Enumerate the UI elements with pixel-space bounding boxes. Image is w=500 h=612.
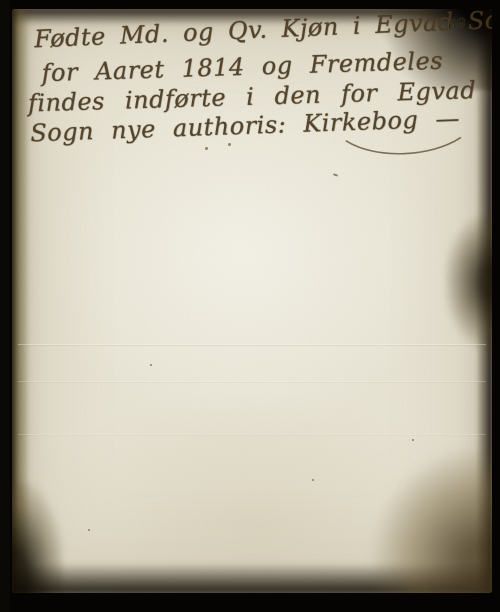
ink-speck [150, 364, 152, 366]
ink-speck [312, 479, 314, 481]
paper-crease [18, 344, 486, 346]
ink-speck [205, 147, 208, 150]
bottom-right-stain [372, 448, 492, 593]
ink-speck [412, 439, 414, 441]
scanned-page-photo: Fødte Md. og Qv. Kjøn i Egvad Sogn for A… [0, 0, 500, 612]
ink-speck [463, 96, 465, 98]
handwritten-entry: Fødte Md. og Qv. Kjøn i Egvad Sogn for A… [12, 9, 492, 202]
paper-crease [18, 434, 486, 436]
right-mid-smudge [445, 214, 492, 349]
ink-speck [88, 529, 90, 531]
ink-speck [228, 143, 231, 146]
bottom-left-stain [12, 483, 63, 593]
page-number: 69 [447, 16, 467, 35]
bottom-edge-shadow [12, 563, 492, 593]
paper-crease [18, 381, 486, 383]
manuscript-page: Fødte Md. og Qv. Kjøn i Egvad Sogn for A… [12, 9, 492, 593]
flourish-underline [342, 135, 464, 164]
